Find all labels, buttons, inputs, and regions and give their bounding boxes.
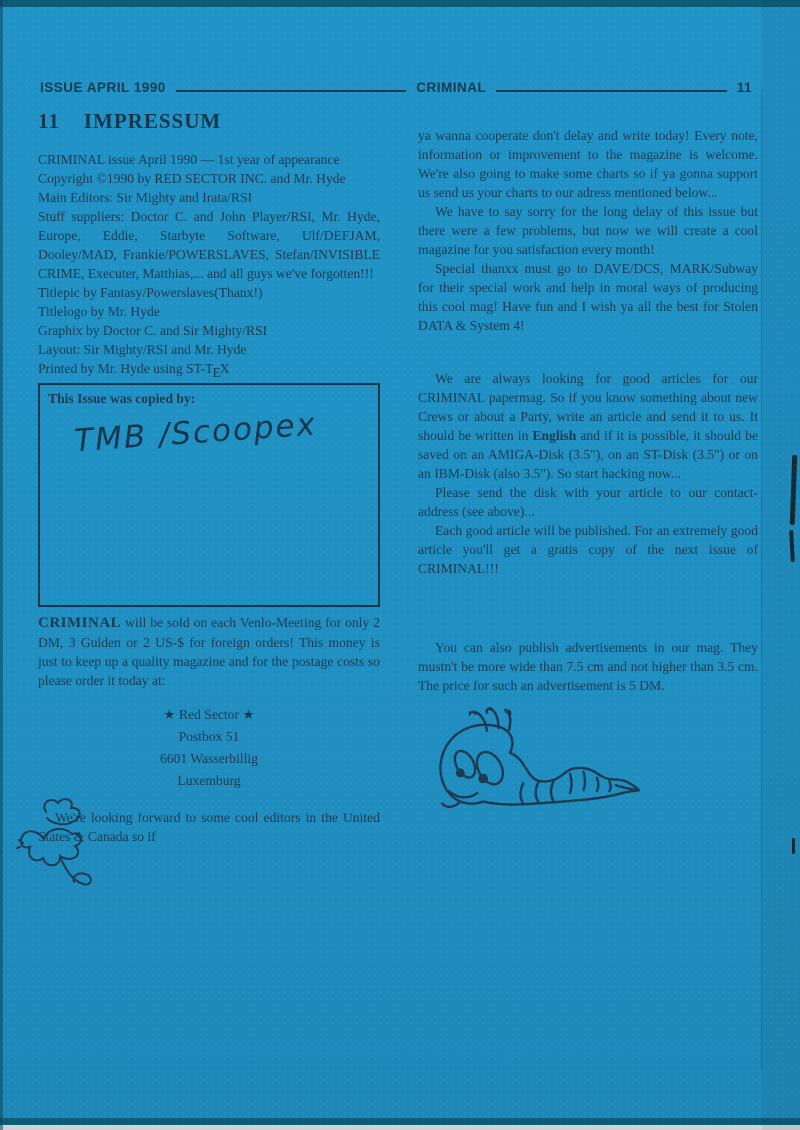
paragraph-special-thanx: Special thanxx must go to DAVE/DCS, MARK… bbox=[418, 259, 758, 335]
scan-edge-bottom bbox=[0, 1118, 800, 1125]
articles-bold-english: English bbox=[532, 428, 576, 443]
paragraph-published: Each good article will be published. For… bbox=[418, 521, 758, 578]
magazine-page: ISSUE APRIL 1990 CRIMINAL 11 11IMPRESSUM… bbox=[0, 0, 800, 1130]
address-line-postbox: Postbox 51 bbox=[38, 726, 380, 748]
running-header: ISSUE APRIL 1990 CRIMINAL 11 bbox=[40, 80, 752, 95]
credit-line: Main Editors: Sir Mighty and Irata/RSI bbox=[38, 188, 380, 207]
worm-doodle bbox=[420, 705, 640, 813]
paragraph-cooperate: ya wanna cooperate don't delay and write… bbox=[418, 126, 758, 202]
address-line-group: ★ Red Sector ★ bbox=[38, 704, 380, 726]
printed-text: X bbox=[220, 361, 230, 376]
credit-line: Copyright ©1990 by RED SECTOR INC. and M… bbox=[38, 169, 380, 188]
credit-line: CRIMINAL issue April 1990 — 1st year of … bbox=[38, 150, 380, 169]
scribble-doodle bbox=[16, 796, 112, 900]
ink-smudge bbox=[792, 838, 795, 854]
sold-paragraph: CRIMINAL will be sold on each Venlo-Meet… bbox=[38, 613, 380, 690]
copied-by-box: This Issue was copied by: TMB /Scoopex bbox=[38, 383, 380, 607]
credit-line: Titlelogo by Mr. Hyde bbox=[38, 302, 380, 321]
printed-text: Printed by Mr. Hyde using ST-T bbox=[38, 361, 213, 376]
section-title: IMPRESSUM bbox=[84, 109, 221, 133]
address-line-country: Luxemburg bbox=[38, 770, 380, 792]
header-issue-label: ISSUE APRIL 1990 bbox=[40, 80, 166, 95]
paragraph-articles: We are always looking for good articles … bbox=[418, 369, 758, 483]
contact-address: ★ Red Sector ★ Postbox 51 6601 Wasserbil… bbox=[38, 704, 380, 792]
paragraph-send-disk: Please send the disk with your article t… bbox=[418, 483, 758, 521]
paragraph-sorry-delay: We have to say sorry for the long delay … bbox=[418, 202, 758, 259]
credit-line: Layout: Sir Mighty/RSI and Mr. Hyde bbox=[38, 340, 380, 359]
section-number: 11 bbox=[38, 109, 60, 133]
handwritten-signature: TMB /Scoopex bbox=[74, 412, 371, 452]
credit-line-printed: Printed by Mr. Hyde using ST-TEX bbox=[38, 359, 380, 378]
credit-line: Graphix by Doctor C. and Sir Mighty/RSI bbox=[38, 321, 380, 340]
section-heading: 11IMPRESSUM bbox=[38, 108, 380, 134]
right-column: ya wanna cooperate don't delay and write… bbox=[418, 126, 758, 813]
header-page-number: 11 bbox=[737, 80, 752, 95]
scan-edge-left bbox=[0, 0, 3, 1130]
sold-lead-word: CRIMINAL bbox=[38, 615, 121, 631]
copied-by-label: This Issue was copied by: bbox=[48, 389, 370, 408]
credit-line: Stuff suppliers: Doctor C. and John Play… bbox=[38, 207, 380, 283]
paragraph-advertisements: You can also publish advertisements in o… bbox=[418, 638, 758, 695]
tex-lowered-e: E bbox=[212, 363, 220, 382]
left-column: 11IMPRESSUM CRIMINAL issue April 1990 — … bbox=[38, 108, 380, 846]
scan-edge-top bbox=[0, 0, 800, 7]
header-rule bbox=[176, 90, 406, 92]
address-line-city: 6601 Wasserbillig bbox=[38, 748, 380, 770]
header-magazine-title: CRIMINAL bbox=[416, 80, 486, 95]
page-crease bbox=[761, 90, 762, 1070]
credits-block: CRIMINAL issue April 1990 — 1st year of … bbox=[38, 150, 380, 378]
credit-line: Titlepic by Fantasy/Powerslaves(Thanx!) bbox=[38, 283, 380, 302]
page-margin-shade bbox=[762, 0, 800, 1130]
scanner-background bbox=[0, 1125, 800, 1130]
header-rule bbox=[496, 90, 726, 92]
